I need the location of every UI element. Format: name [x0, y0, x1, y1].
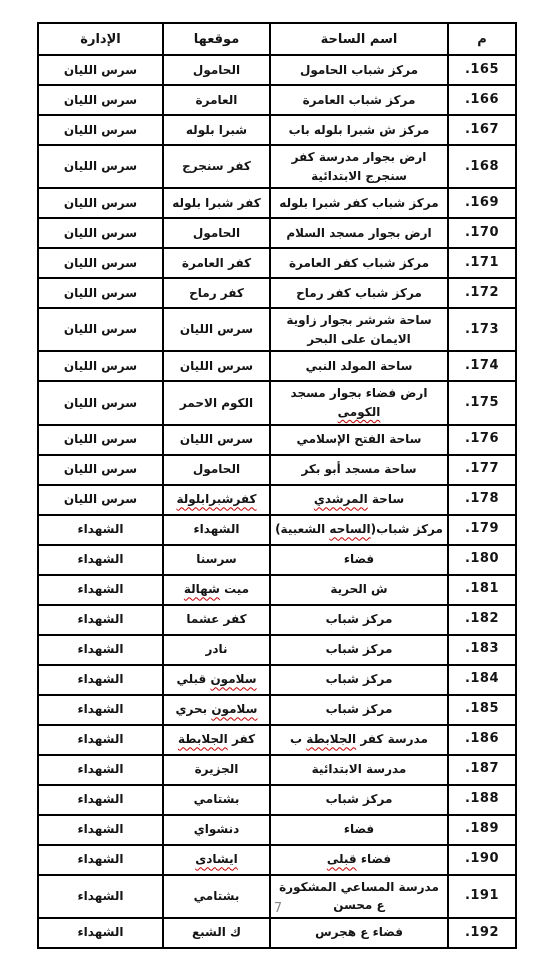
misspelled-word: سلامون — [210, 672, 256, 686]
cell-location: ميت شهالة — [163, 575, 270, 605]
header-cell-name: اسم الساحة — [270, 23, 448, 55]
cell-name: فضاء قبلى — [270, 845, 448, 875]
cell-num: .186 — [448, 725, 516, 755]
cell-location: الحامول — [163, 218, 270, 248]
cell-admin: سرس الليان — [38, 218, 163, 248]
cell-admin: سرس الليان — [38, 425, 163, 455]
cell-num: .190 — [448, 845, 516, 875]
table-row: .188مركز شباببشتاميالشهداء — [38, 785, 516, 815]
cell-location: دنشواي — [163, 815, 270, 845]
cell-admin: الشهداء — [38, 785, 163, 815]
table-row: .184مركز شبابسلامون قبليالشهداء — [38, 665, 516, 695]
cell-name: فضاء ع هجرس — [270, 918, 448, 948]
cell-name: مركز شباب — [270, 665, 448, 695]
cell-num: .192 — [448, 918, 516, 948]
table-row: .190فضاء قبلىايشادىالشهداء — [38, 845, 516, 875]
misspelled-word: ايشادى — [195, 852, 238, 866]
cell-name: ارض فضاء بجوار مسجد الكومى — [270, 381, 448, 424]
cell-name: ساحة الفتح الإسلامي — [270, 425, 448, 455]
cell-name: مركز شباب كفر شبرا بلوله — [270, 188, 448, 218]
header-cell-location: موقعها — [163, 23, 270, 55]
cell-admin: الشهداء — [38, 815, 163, 845]
cell-location: سرس الليان — [163, 308, 270, 351]
cell-location: بشتامي — [163, 785, 270, 815]
table-row: .171مركز شباب كفر العامرةكفر العامرةسرس … — [38, 248, 516, 278]
table-row: .192فضاء ع هجرسك الشبعالشهداء — [38, 918, 516, 948]
cell-name: مدرسة كفر الجلابطة ب — [270, 725, 448, 755]
cell-location: العامرة — [163, 85, 270, 115]
cell-num: .170 — [448, 218, 516, 248]
cell-admin: سرس الليان — [38, 248, 163, 278]
cell-num: .183 — [448, 635, 516, 665]
table-row: .189فضاءدنشوايالشهداء — [38, 815, 516, 845]
cell-admin: سرس الليان — [38, 278, 163, 308]
cell-num: .180 — [448, 545, 516, 575]
table-row: .167مركز ش شبرا بلوله بابشبرا بلولهسرس ا… — [38, 115, 516, 145]
cell-location: شبرا بلوله — [163, 115, 270, 145]
misspelled-word: الكومى — [338, 405, 381, 419]
cell-name: مركز شباب(الساحه الشعبية) — [270, 515, 448, 545]
misspelled-word: المرشدي — [314, 492, 368, 506]
cell-name: مركز ش شبرا بلوله باب — [270, 115, 448, 145]
misspelled-word: الجلابطة — [178, 732, 228, 746]
table-row: .174ساحة المولد النبيسرس الليانسرس الليا… — [38, 351, 516, 381]
table-row: .166مركز شباب العامرةالعامرةسرس الليان — [38, 85, 516, 115]
cell-location: سلامون قبلي — [163, 665, 270, 695]
table-row: .178ساحة المرشديكفرشبرابلولةسرس الليان — [38, 485, 516, 515]
cell-admin: الشهداء — [38, 665, 163, 695]
cell-admin: الشهداء — [38, 545, 163, 575]
cell-name: ساحة مسجد أبو بكر — [270, 455, 448, 485]
cell-num: .185 — [448, 695, 516, 725]
cell-name: ارض بجوار مدرسة كفر سنجرج الابتدائية — [270, 145, 448, 188]
cell-num: .175 — [448, 381, 516, 424]
cell-admin: سرس الليان — [38, 145, 163, 188]
cell-num: .171 — [448, 248, 516, 278]
cell-admin: الشهداء — [38, 635, 163, 665]
cell-admin: سرس الليان — [38, 381, 163, 424]
cell-admin: سرس الليان — [38, 55, 163, 85]
cell-admin: الشهداء — [38, 515, 163, 545]
table-row: .170ارض بجوار مسجد السلامالحامولسرس اللي… — [38, 218, 516, 248]
cell-name: ساحة المرشدي — [270, 485, 448, 515]
cell-admin: سرس الليان — [38, 115, 163, 145]
table-row: .169مركز شباب كفر شبرا بلولهكفر شبرا بلو… — [38, 188, 516, 218]
cell-name: ارض بجوار مسجد السلام — [270, 218, 448, 248]
cell-location: سلامون بحري — [163, 695, 270, 725]
cell-num: .167 — [448, 115, 516, 145]
table-row: .186مدرسة كفر الجلابطة بكفر الجلابطةالشه… — [38, 725, 516, 755]
cell-name: مركز شباب — [270, 695, 448, 725]
cell-location: ك الشبع — [163, 918, 270, 948]
cell-num: .188 — [448, 785, 516, 815]
cell-num: .173 — [448, 308, 516, 351]
cell-admin: سرس الليان — [38, 188, 163, 218]
cell-name: مركز شباب كفر العامرة — [270, 248, 448, 278]
cell-name: مدرسة الابتدائية — [270, 755, 448, 785]
misspelled-word: كفرشبرابلولة — [176, 492, 256, 506]
cell-admin: الشهداء — [38, 725, 163, 755]
header-cell-admin: الإدارة — [38, 23, 163, 55]
cell-num: .179 — [448, 515, 516, 545]
table-row: .165مركز شباب الحامولالحامولسرس الليان — [38, 55, 516, 85]
cell-location: الجزيرة — [163, 755, 270, 785]
table-row: .181ش الحريةميت شهالةالشهداء — [38, 575, 516, 605]
cell-location: كفر عشما — [163, 605, 270, 635]
misspelled-word: قبلى — [327, 852, 357, 866]
misspelled-word: سلامون — [211, 702, 257, 716]
cell-location: سرس الليان — [163, 425, 270, 455]
cell-location: الحامول — [163, 55, 270, 85]
cell-name: مركز شباب العامرة — [270, 85, 448, 115]
table-row: .168ارض بجوار مدرسة كفر سنجرج الابتدائية… — [38, 145, 516, 188]
cell-location: الشهداء — [163, 515, 270, 545]
cell-location: ايشادى — [163, 845, 270, 875]
table-row: .187مدرسة الابتدائيةالجزيرةالشهداء — [38, 755, 516, 785]
cell-location: كفر سنجرج — [163, 145, 270, 188]
cell-num: .181 — [448, 575, 516, 605]
cell-num: .169 — [448, 188, 516, 218]
table-row: .183مركز شبابنادرالشهداء — [38, 635, 516, 665]
cell-name: ساحة شرشر بجوار زاوية الايمان على البحر — [270, 308, 448, 351]
table-row: .182مركز شبابكفر عشماالشهداء — [38, 605, 516, 635]
misspelled-word: الساحه — [329, 522, 370, 536]
cell-num: .172 — [448, 278, 516, 308]
cell-num: .165 — [448, 55, 516, 85]
cell-admin: الشهداء — [38, 695, 163, 725]
cell-name: ساحة المولد النبي — [270, 351, 448, 381]
cell-name: ش الحرية — [270, 575, 448, 605]
table-row: .177ساحة مسجد أبو بكرالحامولسرس الليان — [38, 455, 516, 485]
table-row: .185مركز شبابسلامون بحريالشهداء — [38, 695, 516, 725]
table-row: .180فضاءسرسناالشهداء — [38, 545, 516, 575]
cell-admin: سرس الليان — [38, 455, 163, 485]
cell-location: كفر رماح — [163, 278, 270, 308]
header-cell-num: م — [448, 23, 516, 55]
cell-admin: الشهداء — [38, 845, 163, 875]
cell-num: .182 — [448, 605, 516, 635]
cell-location: سرس الليان — [163, 351, 270, 381]
cell-location: الحامول — [163, 455, 270, 485]
cell-name: مركز شباب — [270, 635, 448, 665]
cell-location: كفر الجلابطة — [163, 725, 270, 755]
cell-admin: الشهداء — [38, 755, 163, 785]
misspelled-word: شهالة — [184, 582, 220, 596]
cell-name: مركز شباب — [270, 785, 448, 815]
cell-num: .176 — [448, 425, 516, 455]
cell-num: .187 — [448, 755, 516, 785]
cell-location: كفر العامرة — [163, 248, 270, 278]
cell-name: فضاء — [270, 815, 448, 845]
cell-location: الكوم الاحمر — [163, 381, 270, 424]
cell-admin: الشهداء — [38, 918, 163, 948]
cell-admin: سرس الليان — [38, 351, 163, 381]
cell-admin: سرس الليان — [38, 308, 163, 351]
cell-name: مركز شباب كفر رماح — [270, 278, 448, 308]
table-row: .173ساحة شرشر بجوار زاوية الايمان على ال… — [38, 308, 516, 351]
table-row: .176ساحة الفتح الإسلاميسرس الليانسرس الل… — [38, 425, 516, 455]
table-row: .172مركز شباب كفر رماحكفر رماحسرس الليان — [38, 278, 516, 308]
header-row: م اسم الساحة موقعها الإدارة — [38, 23, 516, 55]
page-number: 7 — [0, 901, 556, 916]
cell-num: .174 — [448, 351, 516, 381]
cell-admin: الشهداء — [38, 605, 163, 635]
cell-num: .166 — [448, 85, 516, 115]
table-row: .179مركز شباب(الساحه الشعبية)الشهداءالشه… — [38, 515, 516, 545]
cell-num: .184 — [448, 665, 516, 695]
cell-location: نادر — [163, 635, 270, 665]
cell-name: مركز شباب — [270, 605, 448, 635]
cell-location: سرسنا — [163, 545, 270, 575]
cell-num: .189 — [448, 815, 516, 845]
cell-location: كفر شبرا بلوله — [163, 188, 270, 218]
cell-num: .177 — [448, 455, 516, 485]
cell-num: .168 — [448, 145, 516, 188]
table-row: .175ارض فضاء بجوار مسجد الكومىالكوم الاح… — [38, 381, 516, 424]
misspelled-word: الجلابطة — [306, 732, 356, 746]
cell-name: فضاء — [270, 545, 448, 575]
cell-admin: سرس الليان — [38, 485, 163, 515]
table-body: .165مركز شباب الحامولالحامولسرس الليان.1… — [38, 55, 516, 948]
cell-name: مركز شباب الحامول — [270, 55, 448, 85]
cell-location: كفرشبرابلولة — [163, 485, 270, 515]
cell-num: .178 — [448, 485, 516, 515]
squares-table: م اسم الساحة موقعها الإدارة .165مركز شبا… — [37, 22, 517, 949]
cell-admin: سرس الليان — [38, 85, 163, 115]
cell-admin: الشهداء — [38, 575, 163, 605]
